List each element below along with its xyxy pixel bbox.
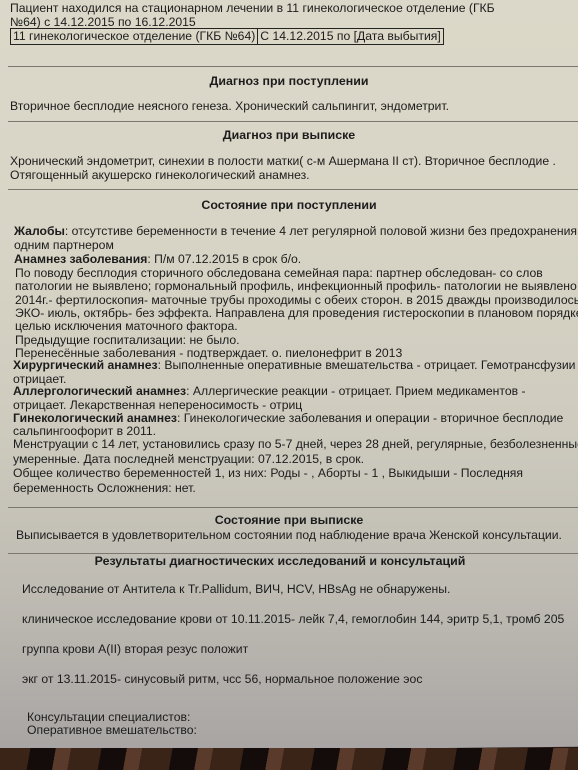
allergy-line-1: Аллергологический анамнез: Аллергические… [13, 384, 526, 398]
divider [8, 189, 578, 190]
divider [8, 121, 578, 122]
history-label: Анамнез заболевания [14, 252, 147, 266]
history-line: целью исключения маточного фактора. [15, 319, 238, 333]
admission-state-title: Состояние при поступлении [0, 198, 578, 212]
discharge-diagnosis-line-2: Отягощенный акушерско гинекологический а… [10, 168, 310, 182]
admission-diagnosis-text: Вторичное бесплодие неясного генеза. Хро… [10, 99, 449, 113]
menses-line: умеренные. Дата последней менструации: 0… [13, 452, 364, 466]
result-item: группа крови А(II) вторая резус положит [22, 642, 248, 656]
results-title: Результаты диагностических исследований … [0, 554, 560, 568]
discharge-diagnosis-title: Диагноз при выписке [0, 128, 578, 142]
allergy-line-2: отрицает. Лекарственная непереносимость … [13, 398, 302, 412]
menses-line: беременность Осложнения: нет. [13, 481, 196, 495]
department-cell: 11 гинекологическое отделение (ГКБ №64) [11, 29, 257, 44]
stay-text-line-2: №64) с 14.12.2015 по 16.12.2015 [10, 15, 196, 29]
complaints-label: Жалобы [14, 224, 65, 238]
result-item: клиническое исследование крови от 10.11.… [22, 612, 564, 626]
history-line: По поводу бесплодия сторичного обследова… [15, 266, 543, 280]
surgical-line-1: Хирургический анамнез: Выполненные опера… [13, 358, 575, 372]
allergy-label: Аллергологический анамнез [13, 384, 186, 398]
document-page: Пациент находился на стационарном лечени… [0, 0, 578, 752]
consultations-label: Консультации специалистов: [27, 710, 190, 724]
history-line: Предыдущие госпитализации: не было. [15, 333, 240, 347]
history-line: патологии не выявлено; гормональный проф… [15, 279, 578, 293]
discharge-state-text: Выписывается в удовлетворительном состоя… [16, 528, 562, 542]
gyn-label: Гинекологический анамнез [13, 411, 177, 425]
gyn-line-1: Гинекологический анамнез: Гинекологическ… [13, 411, 563, 425]
divider [8, 66, 578, 67]
complaints-line-1: Жалобы: отсутстиве беременности в течени… [14, 224, 578, 238]
complaints-line-2: одним партнером [14, 238, 114, 252]
background-surface [0, 748, 578, 770]
surgical-label: Хирургический анамнез [13, 358, 158, 372]
discharge-state-title: Состояние при выписке [0, 513, 578, 527]
surgery-label: Оперативное вмешательство: [27, 723, 197, 737]
result-item: экг от 13.11.2015- синусовый ритм, чсс 5… [22, 672, 422, 686]
department-table: 11 гинекологическое отделение (ГКБ №64) … [10, 28, 444, 45]
history-line: 2014г.- фертилоскопия- маточные трубы пр… [15, 293, 578, 307]
result-item: Исследование от Антитела к Tr.Pallidum, … [22, 582, 450, 596]
period-cell: С 14.12.2015 по [Дата выбытия] [257, 29, 442, 44]
stay-text-line-1: Пациент находился на стационарном лечени… [10, 1, 495, 15]
menses-line: Общее количество беременностей 1, из них… [13, 466, 523, 480]
gyn-line-2: сальпингоофорит в 2011. [13, 424, 156, 438]
menses-line: Менструации с 14 лет, установились сразу… [13, 437, 578, 451]
discharge-diagnosis-line-1: Хронический эндометрит, синехии в полост… [10, 154, 556, 168]
history-line: ЭКО- июль, октябрь- без эффекта. Направл… [15, 306, 578, 320]
admission-diagnosis-title: Диагноз при поступлении [0, 74, 578, 88]
history-line: Анамнез заболевания: П/м 07.12.2015 в ср… [14, 252, 301, 266]
divider [8, 507, 578, 508]
